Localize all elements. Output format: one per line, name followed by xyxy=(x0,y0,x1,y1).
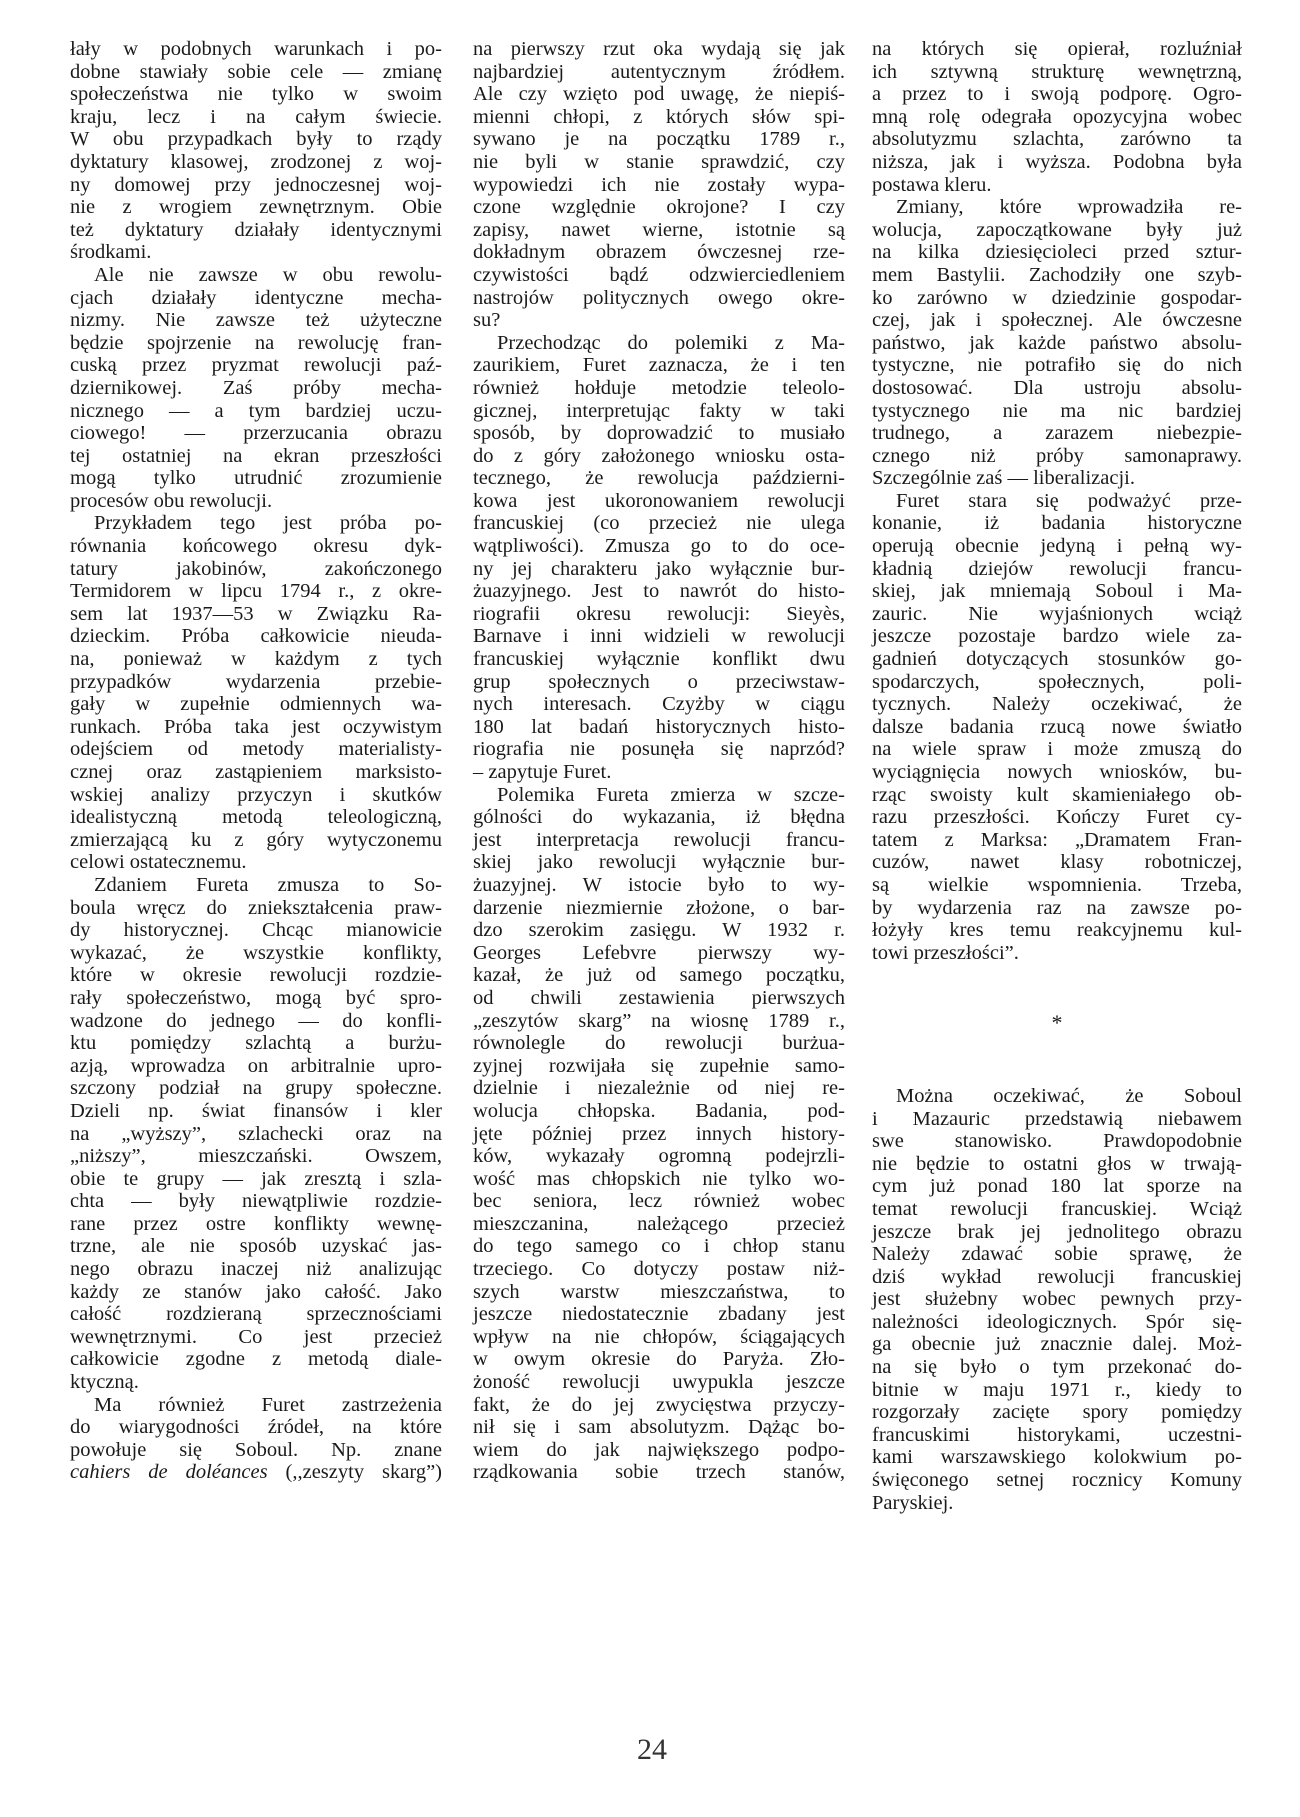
text-line: są wielkie wspomnienia. Trzeba, xyxy=(872,874,1242,897)
text-line: również hołduje metodzie teleolo- xyxy=(473,377,845,400)
text-line: mem Bastylii. Zachodziły one szyb- xyxy=(872,264,1242,287)
text-line: przypadków wydarzenia przebie- xyxy=(70,671,442,694)
text-line: wewnętrznymi. Co jest przecież xyxy=(70,1326,442,1349)
text-line: „niższy”, mieszczański. Owszem, xyxy=(70,1145,442,1168)
text-line: 180 lat badań historycznych histo- xyxy=(473,716,845,739)
text-line: powołuje się Soboul. Np. znane xyxy=(70,1439,442,1462)
text-line: Furet stara się podważyć prze- xyxy=(872,490,1242,513)
text-line: Termidorem w lipcu 1794 r., z okre- xyxy=(70,580,442,603)
text-line: wadzone do jednego — do konfli- xyxy=(70,1010,442,1033)
text-line: konanie, iż badania historyczne xyxy=(872,512,1242,535)
text-line: wskiej analizy przyczyn i skutków xyxy=(70,784,442,807)
text-line: tycznych. Należy oczekiwać, że xyxy=(872,693,1242,716)
text-line: od chwili zestawienia pierwszych xyxy=(473,987,845,1010)
text-line: idealistyczną metodą teleologiczną, xyxy=(70,806,442,829)
text-line: mogą tylko utrudnić zrozumienie xyxy=(70,467,442,490)
text-line: państwo, jak każde państwo absolu- xyxy=(872,332,1242,355)
text-line: wątpliwości). Zmusza go to do oce- xyxy=(473,535,845,558)
text-line: Polemika Fureta zmierza w szcze- xyxy=(473,784,845,807)
text-line: dyktatury klasowej, zrodzonej z woj- xyxy=(70,151,442,174)
text-line: rane przez ostre konflikty wewnę- xyxy=(70,1213,442,1236)
text-line: ków, wykazały ogromną podejrzli- xyxy=(473,1145,845,1168)
text-line: jęte później przez innych history- xyxy=(473,1123,845,1146)
text-line: postawa kleru. xyxy=(872,174,1242,197)
text-line: ich sztywną strukturę wewnętrzną, xyxy=(872,61,1242,84)
text-line: które w okresie rewolucji rozdzie- xyxy=(70,964,442,987)
text-line: sywano je na początku 1789 r., xyxy=(473,128,845,151)
text-line: równolegle do rewolucji burżua- xyxy=(473,1032,845,1055)
text-line: operują obecnie jedyną i pełną wy- xyxy=(872,535,1242,558)
text-line: W obu przypadkach były to rządy xyxy=(70,128,442,151)
text-line: dzieckim. Próba całkowicie nieuda- xyxy=(70,625,442,648)
text-line: wość mas chłopskich nie tylko wo- xyxy=(473,1168,845,1191)
text-line: fakt, że do jej zwycięstwa przyczy- xyxy=(473,1394,845,1417)
text-line: kładnią dziejów rewolucji francu- xyxy=(872,558,1242,581)
text-line: do wiarygodności źródeł, na które xyxy=(70,1416,442,1439)
text-line: całkowicie zgodne z metodą diale- xyxy=(70,1348,442,1371)
text-line: w owym okresie do Paryża. Zło- xyxy=(473,1348,845,1371)
text-line: grup społecznych o przeciwstaw- xyxy=(473,671,845,694)
text-line: Szczególnie zaś — liberalizacji. xyxy=(872,467,1242,490)
text-line: nie z wrogiem zewnętrznym. Obie xyxy=(70,196,442,219)
text-line: su? xyxy=(473,309,845,332)
text-line: ktyczną. xyxy=(70,1371,442,1394)
text-line: gały w zupełnie odmiennych wa- xyxy=(70,693,442,716)
text-line: zmierzającą ku z góry wytyczonemu xyxy=(70,829,442,852)
text-line: rały społeczeństwo, mogą być spro- xyxy=(70,987,442,1010)
text-line: Ale czy wzięto pod uwagę, że niepiś- xyxy=(473,83,845,106)
text-line: francuskiej wyłącznie konflikt dwu xyxy=(473,648,845,671)
text-line: razu przeszłości. Kończy Furet cy- xyxy=(872,806,1242,829)
text-line: ga obecnie już znacznie dalej. Moż- xyxy=(872,1333,1242,1356)
text-line: Należy zdawać sobie sprawę, że xyxy=(872,1243,1242,1266)
text-line: jest interpretacja rewolucji francu- xyxy=(473,829,845,852)
text-line: obie te grupy — jak zresztą i szla- xyxy=(70,1168,442,1191)
text-column-1: łały w podobnych warunkach i po-dobne st… xyxy=(70,38,442,1484)
text-line: by wydarzenia raz na zawsze po- xyxy=(872,897,1242,920)
document-page: łały w podobnych warunkach i po-dobne st… xyxy=(0,0,1300,1817)
text-line: rządkowania sobie trzech stanów, xyxy=(473,1461,845,1484)
text-line: dziś wykład rewolucji francuskiej xyxy=(872,1266,1242,1289)
text-line: wiem do jak największego podpo- xyxy=(473,1439,845,1462)
text-line: riografii okresu rewolucji: Sieyès, xyxy=(473,603,845,626)
text-line: rząc swoisty kult skamieniałego ob- xyxy=(872,784,1242,807)
text-line: na wiele spraw i może zmuszą do xyxy=(872,738,1242,761)
text-line: jeszcze brak jej jednolitego obrazu xyxy=(872,1221,1242,1244)
text-line: środkami. xyxy=(70,241,442,264)
text-line: ny domowej przy jednoczesnej woj- xyxy=(70,174,442,197)
text-line: trudnego, a zarazem niebezpie- xyxy=(872,422,1242,445)
text-line: ny jej charakteru jako wyłącznie bur- xyxy=(473,558,845,581)
text-line: cuską przez pryzmat rewolucji paź- xyxy=(70,354,442,377)
text-line: runkach. Próba taka jest oczywistym xyxy=(70,716,442,739)
text-line: ko zarówno w dziedzinie gospodar- xyxy=(872,287,1242,310)
text-line: kowa jest ukoronowaniem rewolucji xyxy=(473,490,845,513)
text-line: trzeciego. Co dotyczy postaw niż- xyxy=(473,1258,845,1281)
text-line: niższa, jak i wyższa. Podobna była xyxy=(872,151,1242,174)
text-line: tecznego, że rewolucja paździer­ni- xyxy=(473,467,845,490)
text-line: równania końcowego okresu dyk- xyxy=(70,535,442,558)
text-line: tej ostatniej na ekran przeszłości xyxy=(70,445,442,468)
text-line: cznej oraz zastąpieniem marksisto- xyxy=(70,761,442,784)
text-line: jest służebny wobec pewnych przy- xyxy=(872,1288,1242,1311)
text-line: trzne, ale nie sposób uzyskać jas- xyxy=(70,1235,442,1258)
text-line: każdy ze stanów jako całość. Jako xyxy=(70,1281,442,1304)
text-line: czywistości bądź odzwierciedleniem xyxy=(473,264,845,287)
text-line: cym już ponad 180 lat sporze na xyxy=(872,1175,1242,1198)
text-line: zaurikiem, Furet zaznacza, że i ten xyxy=(473,354,845,377)
text-line: do tego samego co i chłop stanu xyxy=(473,1235,845,1258)
text-line: towi przeszłości”. xyxy=(872,942,1242,965)
text-line: bitnie w maju 1971 r., kiedy to xyxy=(872,1379,1242,1402)
text-line: Paryskiej. xyxy=(872,1492,1242,1515)
text-line: szych warstw mieszczaństwa, to xyxy=(473,1281,845,1304)
text-line: wyciągnięcia nowych wniosków, bu- xyxy=(872,761,1242,784)
text-line: na „wyższy”, szlachecki oraz na xyxy=(70,1123,442,1146)
text-line: zyjnej rozwijała się zupełnie samo- xyxy=(473,1055,845,1078)
text-line: tatury jakobinów, zakończonego xyxy=(70,558,442,581)
text-line: dziernikowej. Zaś próby mecha- xyxy=(70,377,442,400)
text-line: temat rewolucji francuskiej. Wciąż xyxy=(872,1198,1242,1221)
text-line: wypowiedzi ich nie zostały wypa- xyxy=(473,174,845,197)
text-column-2: na pierwszy rzut oka wydają się jaknajba… xyxy=(473,38,845,1484)
text-line: mną rolę odegrała opozycyjna wobec xyxy=(872,106,1242,129)
text-line: celowi ostatecznemu. xyxy=(70,851,442,874)
text-line: tystyczne, nie potrafiło się do nich xyxy=(872,354,1242,377)
text-line: Ma również Furet zastrzeżenia xyxy=(70,1394,442,1417)
text-line: dalsze badania rzucą nowe światło xyxy=(872,716,1242,739)
text-column-3: na których się opierał, rozluźniałich sz… xyxy=(872,38,1242,1514)
text-line: francuskimi historykami, uczestni- xyxy=(872,1424,1242,1447)
text-line: zapisy, nawet wierne, istotnie są xyxy=(473,219,845,242)
text-line: na pierwszy rzut oka wydają się jak xyxy=(473,38,845,61)
text-line: a przez to i swoją podporę. Ogro- xyxy=(872,83,1242,106)
text-line: spodarczych, społecznych, poli- xyxy=(872,671,1242,694)
text-line: czej, jak i społecznej. Ale ówczesne xyxy=(872,309,1242,332)
text-line: Zdaniem Fureta zmusza to So- xyxy=(70,874,442,897)
text-line: mienni chłopi, z których słów spi- xyxy=(473,106,845,129)
text-line: absolutyzmu szlachta, zarówno ta xyxy=(872,128,1242,151)
text-line: wolucja, zapoczątkowane były już xyxy=(872,219,1242,242)
text-line: dostosować. Dla ustroju absolu- xyxy=(872,377,1242,400)
text-line: Przechodząc do polemiki z Ma- xyxy=(473,332,845,355)
text-line: „zeszytów skarg” na wiosnę 1789 r., xyxy=(473,1010,845,1033)
text-line: gadnień dotyczących stosunków go- xyxy=(872,648,1242,671)
text-line: żuazyjnego. Jest to nawrót do histo- xyxy=(473,580,845,603)
text-line: też dyktatury działały identycznymi xyxy=(70,219,442,242)
section-separator: * xyxy=(872,1012,1242,1035)
text-line: cahiers de doléances (,,zeszyty skarg”) xyxy=(70,1461,442,1484)
text-line: – zapytuje Furet. xyxy=(473,761,845,784)
text-line: i Mazauric przedstawią niebawem xyxy=(872,1108,1242,1131)
text-line: rozgorzały zacięte spory pomiędzy xyxy=(872,1401,1242,1424)
text-line: ciowego! — przerzucania obrazu xyxy=(70,422,442,445)
text-line: gólności do wykazania, iż błędna xyxy=(473,806,845,829)
text-line: na których się opierał, rozluźniał xyxy=(872,38,1242,61)
text-line: wpływ na nie chłopów, ściągających xyxy=(473,1326,845,1349)
text-line: Barnave i inni widzieli w rewolucji xyxy=(473,625,845,648)
text-line: nił się i sam absolutyzm. Dążąc bo- xyxy=(473,1416,845,1439)
text-line: będzie spojrzenie na rewolucję fran- xyxy=(70,332,442,355)
text-line: wolucja chłopska. Badania, pod- xyxy=(473,1100,845,1123)
text-line: dokładnym obrazem ówczesnej rze- xyxy=(473,241,845,264)
text-line: Można oczekiwać, że Soboul xyxy=(872,1085,1242,1108)
text-line: kazał, że już od samego początku, xyxy=(473,964,845,987)
italic-term: cahiers de doléances xyxy=(70,1461,268,1483)
page-number: 24 xyxy=(612,1733,692,1767)
column-3-part-2: Można oczekiwać, że Sobouli Mazauric prz… xyxy=(872,1085,1242,1514)
text-line: społeczeństwa nie tylko w swoim xyxy=(70,83,442,106)
text-line: kraju, lecz i na całym świecie. xyxy=(70,106,442,129)
text-line: całość rozdzieraną sprzecznościami xyxy=(70,1303,442,1326)
text-line: żoność rewolucji uwypukla jeszcze xyxy=(473,1371,845,1394)
text-line: jeszcze niedostatecznie zbadany jest xyxy=(473,1303,845,1326)
text-line: tystycznego nie ma nic bardziej xyxy=(872,400,1242,423)
text-line: dzielnie i niezależnie od niej re- xyxy=(473,1077,845,1100)
text-line: najbardziej autentycznym źródłem. xyxy=(473,61,845,84)
text-line: szczony podział na grupy społeczne. xyxy=(70,1077,442,1100)
text-line: na kilka dziesięcioleci przed sztur- xyxy=(872,241,1242,264)
text-line: nych interesach. Czyżby w ciągu xyxy=(473,693,845,716)
text-line: tatem z Marksa: „Dramatem Fran- xyxy=(872,829,1242,852)
text-line: łożyły kres temu reakcyjnemu kul- xyxy=(872,919,1242,942)
text-line: nizmy. Nie zawsze też użyteczne xyxy=(70,309,442,332)
text-line: Georges Lefebvre pierwszy wy- xyxy=(473,942,845,965)
text-line: dobne stawiały sobie cele — zmianę xyxy=(70,61,442,84)
text-line: Ale nie zawsze w obu rewolu- xyxy=(70,264,442,287)
text-line: procesów obu rewolucji. xyxy=(70,490,442,513)
section-gap-bottom xyxy=(872,1035,1242,1085)
text-line: odejściem od metody materialisty- xyxy=(70,738,442,761)
text-line: skiej jako rewolucji wyłącznie bur- xyxy=(473,851,845,874)
text-line: do z góry założonego wniosku osta- xyxy=(473,445,845,468)
section-gap-top xyxy=(872,964,1242,1012)
text-line: nicznego — a tym bardziej uczu- xyxy=(70,400,442,423)
text-line: łały w podobnych warunkach i po- xyxy=(70,38,442,61)
text-line: jeszcze pozostaje bardzo wiele za- xyxy=(872,625,1242,648)
text-line: swe stanowisko. Prawdopodobnie xyxy=(872,1130,1242,1153)
text-line: skiej, jak mniemają Soboul i Ma- xyxy=(872,580,1242,603)
text-line: cjach działały identyczne mecha- xyxy=(70,287,442,310)
column-3-part-1: na których się opierał, rozluźniałich sz… xyxy=(872,38,1242,964)
text-line: riografia nie posunęła się naprzód? xyxy=(473,738,845,761)
text-line: na, ponieważ w każdym z tych xyxy=(70,648,442,671)
text-line: ktu pomiędzy szlachtą a burżu- xyxy=(70,1032,442,1055)
text-line: Przykładem tego jest próba po- xyxy=(70,512,442,535)
text-line: czone względnie okrojone? I czy xyxy=(473,196,845,219)
text-line: wykazać, że wszystkie konflikty, xyxy=(70,942,442,965)
text-line: zauric. Nie wyjaśnionych wciąż xyxy=(872,603,1242,626)
text-line: sem lat 1937—53 w Związku Ra- xyxy=(70,603,442,626)
text-line: nie będzie to ostatni głos w trwają- xyxy=(872,1153,1242,1176)
text-line: azją, wprowadza on arbitralnie upro- xyxy=(70,1055,442,1078)
text-line: cznego niż próby samonaprawy. xyxy=(872,445,1242,468)
text-line: kami warszawskiego kolokwium po- xyxy=(872,1446,1242,1469)
text-line: dzo szerokim zasięgu. W 1932 r. xyxy=(473,919,845,942)
text-line: sposób, by doprowadzić to musiało xyxy=(473,422,845,445)
text-line: żuazyjnej. W istocie było to wy- xyxy=(473,874,845,897)
text-line: mieszczanina, należącego przecież xyxy=(473,1213,845,1236)
text-line: bec seniora, lecz również wobec xyxy=(473,1190,845,1213)
text-line: dy historycznej. Chcąc mianowicie xyxy=(70,919,442,942)
text-line: gicznej, interpretując fakty w taki xyxy=(473,400,845,423)
text-line: na się było o tym przekonać do- xyxy=(872,1356,1242,1379)
text-line: należności ideologicznych. Spór się- xyxy=(872,1311,1242,1334)
text-line: boula wręcz do zniekształcenia praw- xyxy=(70,897,442,920)
text-line: cuzów, nawet klasy robotniczej, xyxy=(872,851,1242,874)
text-line: francuskiej (co przecież nie ulega xyxy=(473,512,845,535)
text-line: nie byli w stanie sprawdzić, czy xyxy=(473,151,845,174)
text-line: Zmiany, które wprowadziła re- xyxy=(872,196,1242,219)
text-line: nastrojów politycznych owego okre- xyxy=(473,287,845,310)
text-line: darzenie niezmiernie złożone, o bar- xyxy=(473,897,845,920)
text-line: Dzieli np. świat finansów i kler xyxy=(70,1100,442,1123)
text-line: nego obrazu inaczej niż analizując xyxy=(70,1258,442,1281)
text-line: chta — były niewątpliwie rozdzie- xyxy=(70,1190,442,1213)
text-line: święconego setnej rocznicy Komuny xyxy=(872,1469,1242,1492)
